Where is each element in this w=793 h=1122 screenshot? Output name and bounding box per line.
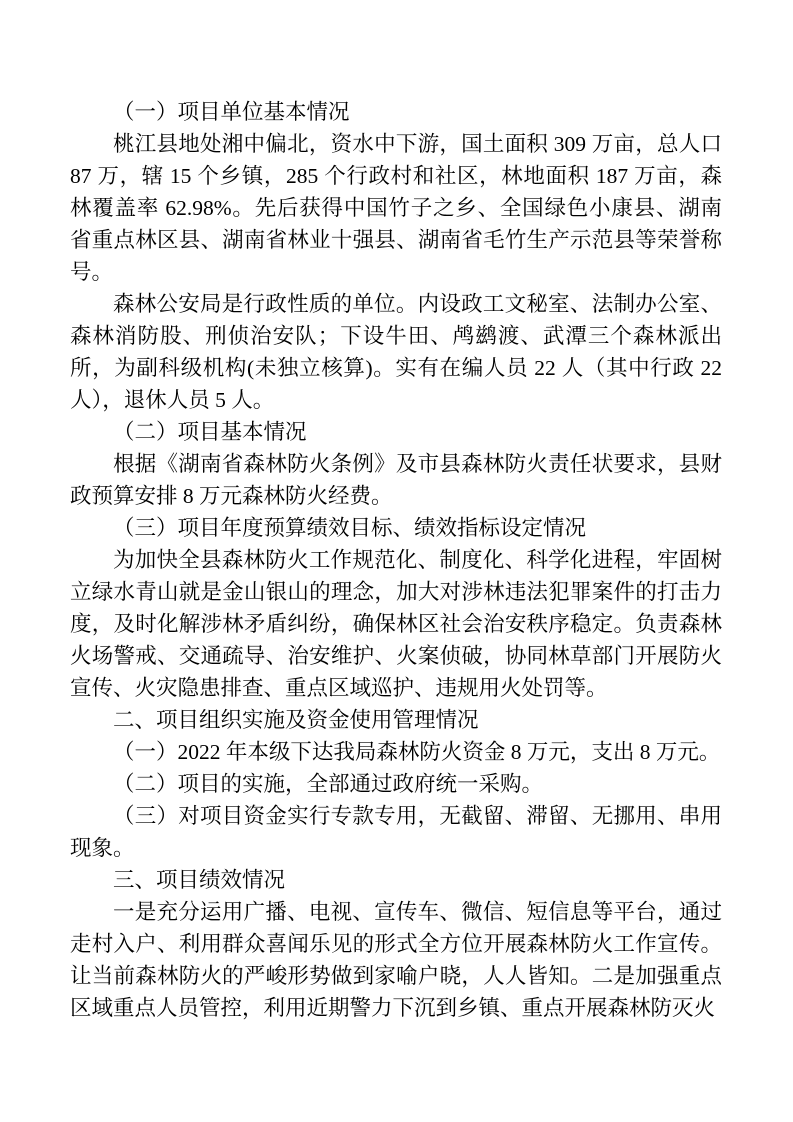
subsection-heading-1-1: （一）项目单位基本情况 bbox=[70, 96, 722, 128]
body-paragraph-bureau-overview: 森林公安局是行政性质的单位。内设政工文秘室、法制办公室、森林消防股、刑侦治安队；… bbox=[70, 288, 722, 416]
body-paragraph-unit-overview: 桃江县地处湘中偏北，资水中下游，国土面积 309 万亩，总人口 87 万，辖 1… bbox=[70, 128, 722, 288]
subsection-heading-1-2: （二）项目基本情况 bbox=[70, 416, 722, 448]
body-paragraph-performance-results: 一是充分运用广播、电视、宣传车、微信、短信息等平台，通过走村入户、利用群众喜闻乐… bbox=[70, 896, 722, 1024]
body-paragraph-performance-goals: 为加快全县森林防火工作规范化、制度化、科学化进程，牢固树立绿水青山就是金山银山的… bbox=[70, 544, 722, 704]
section-heading-2: 二、项目组织实施及资金使用管理情况 bbox=[70, 704, 722, 736]
body-paragraph-fund-management: （三）对项目资金实行专款专用，无截留、滞留、无挪用、串用现象。 bbox=[70, 800, 722, 864]
document-body: （一）项目单位基本情况 桃江县地处湘中偏北，资水中下游，国土面积 309 万亩，… bbox=[70, 96, 722, 1024]
body-paragraph-procurement: （二）项目的实施，全部通过政府统一采购。 bbox=[70, 768, 722, 800]
body-paragraph-funds-allocated: （一）2022 年本级下达我局森林防火资金 8 万元，支出 8 万元。 bbox=[70, 736, 722, 768]
document-page: （一）项目单位基本情况 桃江县地处湘中偏北，资水中下游，国土面积 309 万亩，… bbox=[0, 0, 793, 1122]
subsection-heading-1-3: （三）项目年度预算绩效目标、绩效指标设定情况 bbox=[70, 512, 722, 544]
section-heading-3: 三、项目绩效情况 bbox=[70, 864, 722, 896]
body-paragraph-project-basis: 根据《湖南省森林防火条例》及市县森林防火责任状要求，县财政预算安排 8 万元森林… bbox=[70, 448, 722, 512]
